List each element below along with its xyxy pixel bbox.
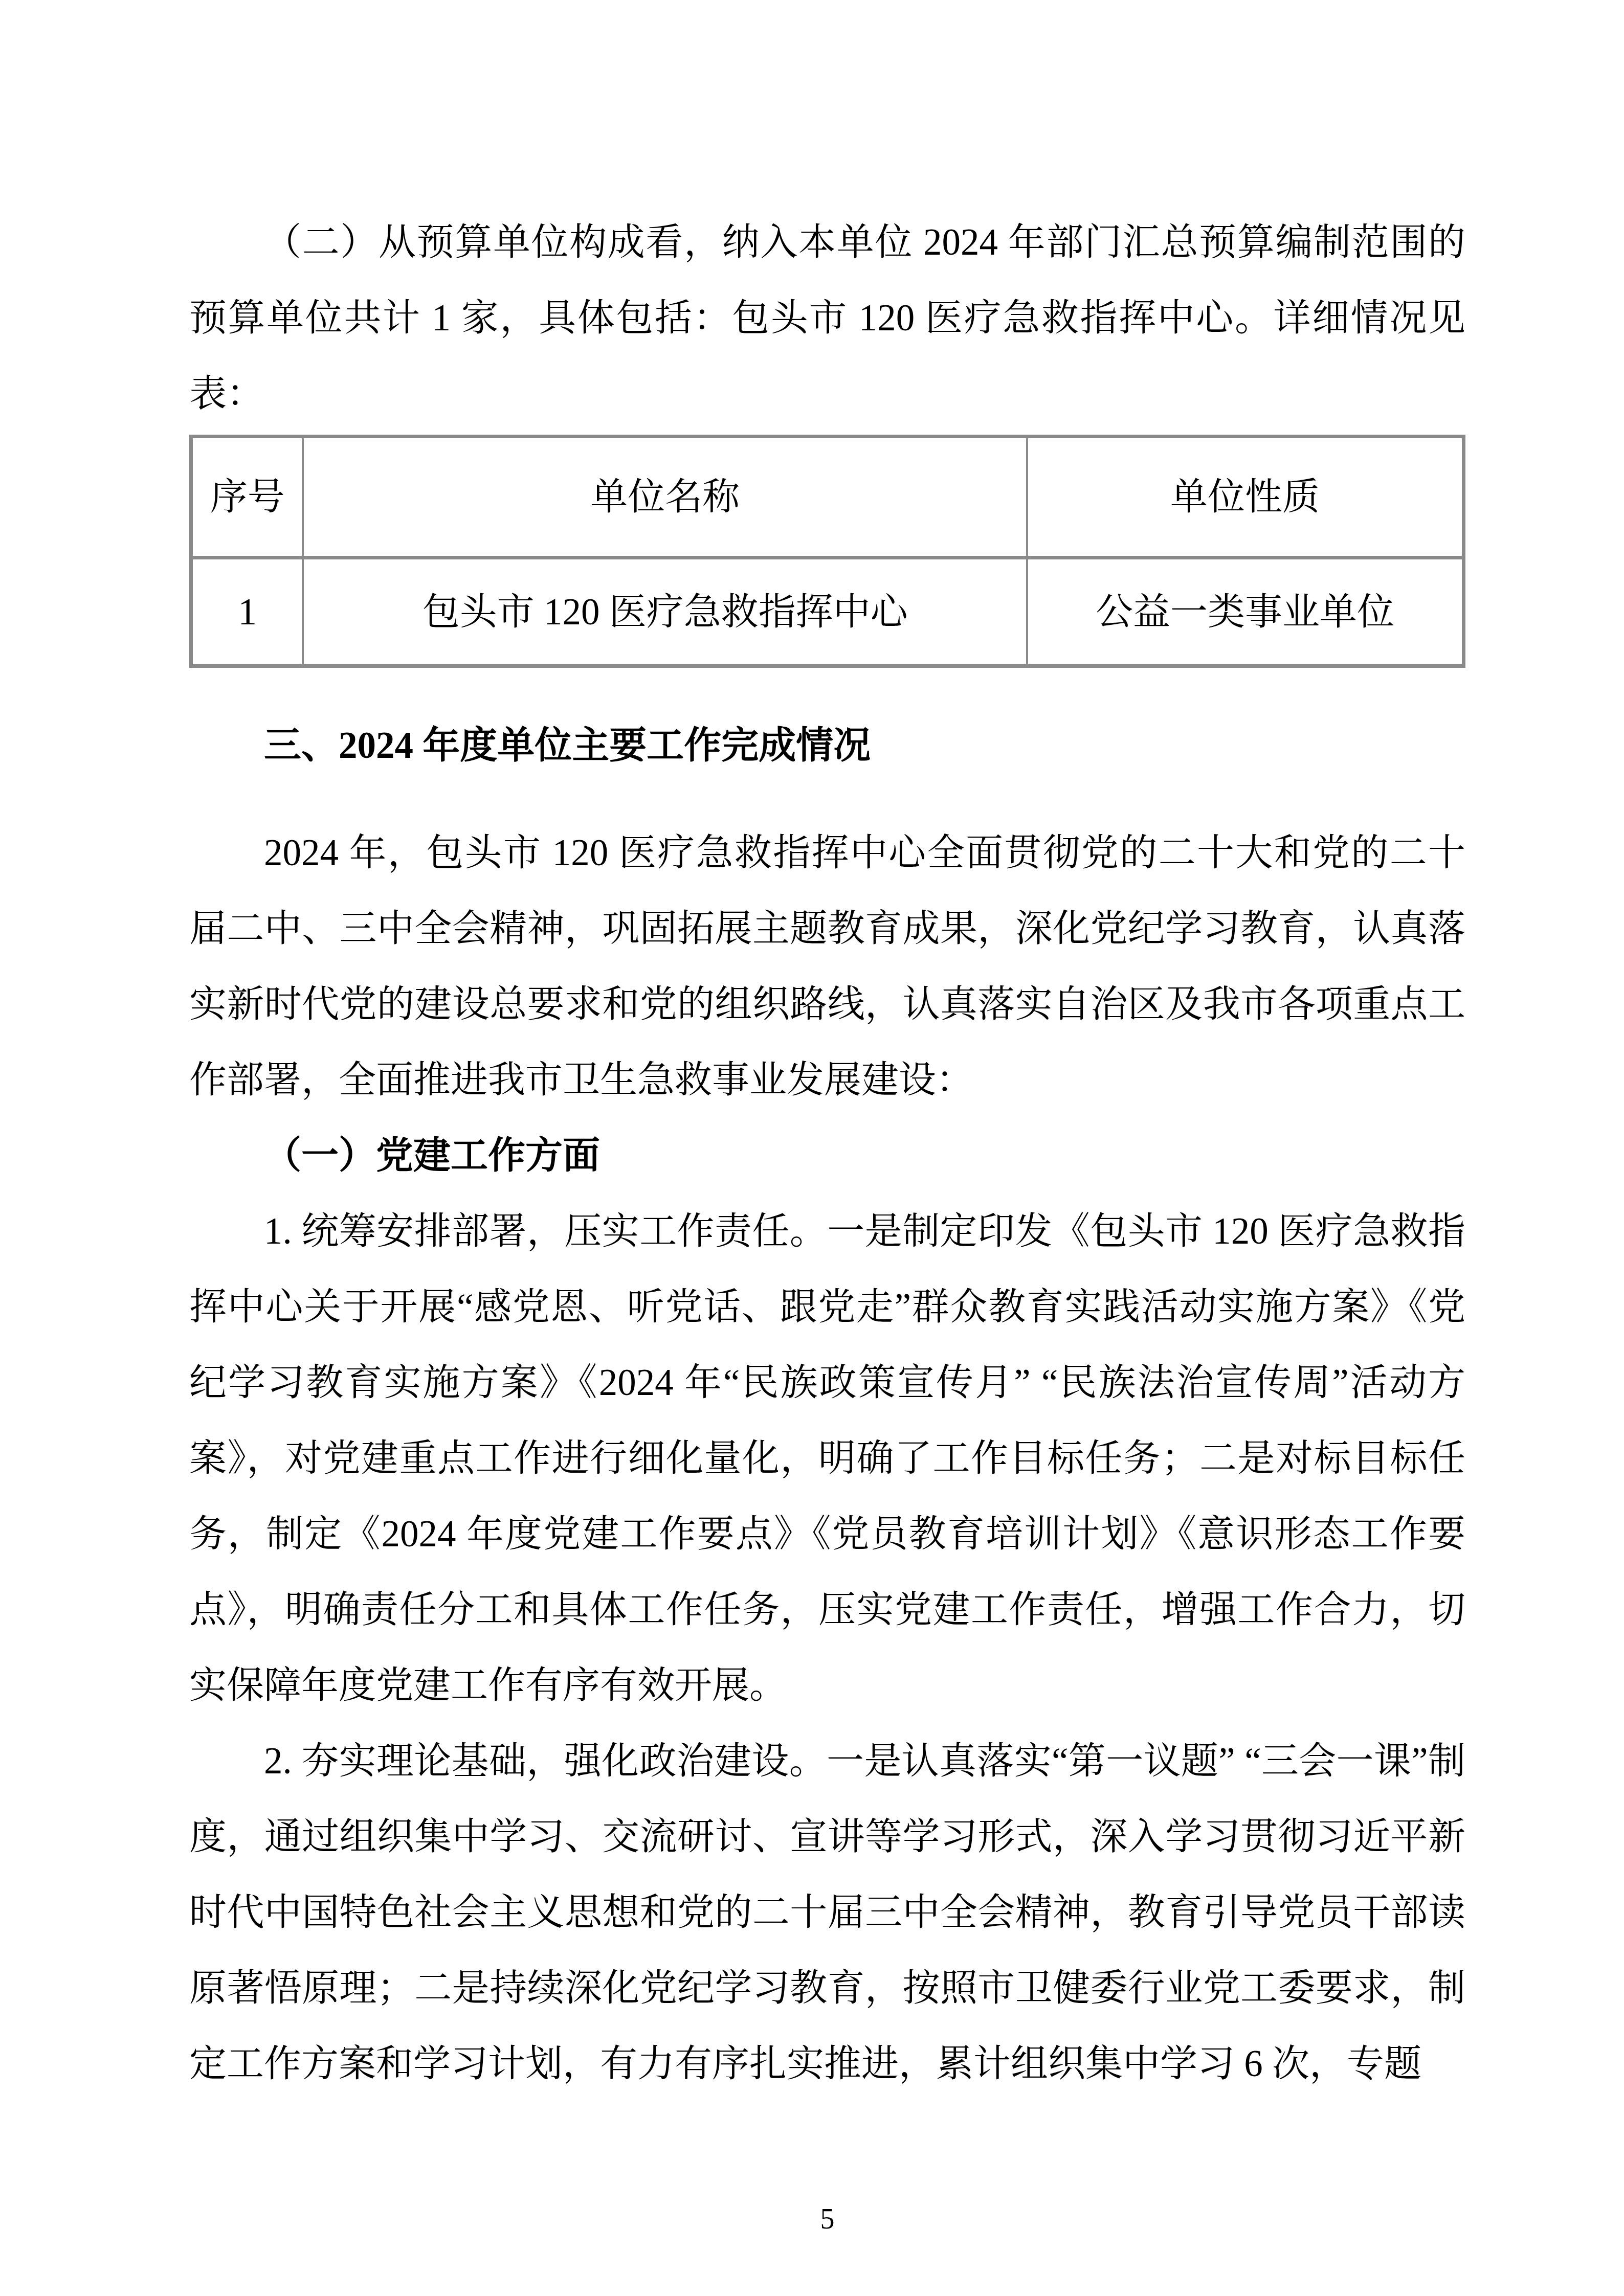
table-header-unit-name: 单位名称 (303, 437, 1027, 558)
work-item-2-paragraph: 2. 夯实理论基础，强化政治建设。一是认真落实“第一议题” “三会一课”制度，通… (189, 1723, 1465, 2102)
table-cell-seq: 1 (191, 558, 303, 666)
subsection-heading: （一）党建工作方面 (189, 1118, 1465, 1194)
table-row: 1 包头市 120 医疗急救指挥中心 公益一类事业单位 (191, 558, 1464, 666)
work-item-1-paragraph: 1. 统筹安排部署，压实工作责任。一是制定印发《包头市 120 医疗急救指挥中心… (189, 1194, 1465, 1723)
table-cell-unit-name: 包头市 120 医疗急救指挥中心 (303, 558, 1027, 666)
table-header-row: 序号 单位名称 单位性质 (191, 437, 1464, 558)
section-heading: 三、2024 年度单位主要工作完成情况 (189, 708, 1465, 783)
table-header-unit-type: 单位性质 (1027, 437, 1463, 558)
table-header-seq: 序号 (191, 437, 303, 558)
budget-units-table: 序号 单位名称 单位性质 1 包头市 120 医疗急救指挥中心 公益一类事业单位 (189, 435, 1465, 668)
document-page: （二）从预算单位构成看，纳入本单位 2024 年部门汇总预算编制范围的预算单位共… (0, 0, 1624, 2296)
intro-paragraph: （二）从预算单位构成看，纳入本单位 2024 年部门汇总预算编制范围的预算单位共… (189, 205, 1465, 432)
table-cell-unit-type: 公益一类事业单位 (1027, 558, 1463, 666)
page-number: 5 (189, 2199, 1465, 2240)
section-intro-paragraph: 2024 年，包头市 120 医疗急救指挥中心全面贯彻党的二十大和党的二十届二中… (189, 815, 1465, 1118)
